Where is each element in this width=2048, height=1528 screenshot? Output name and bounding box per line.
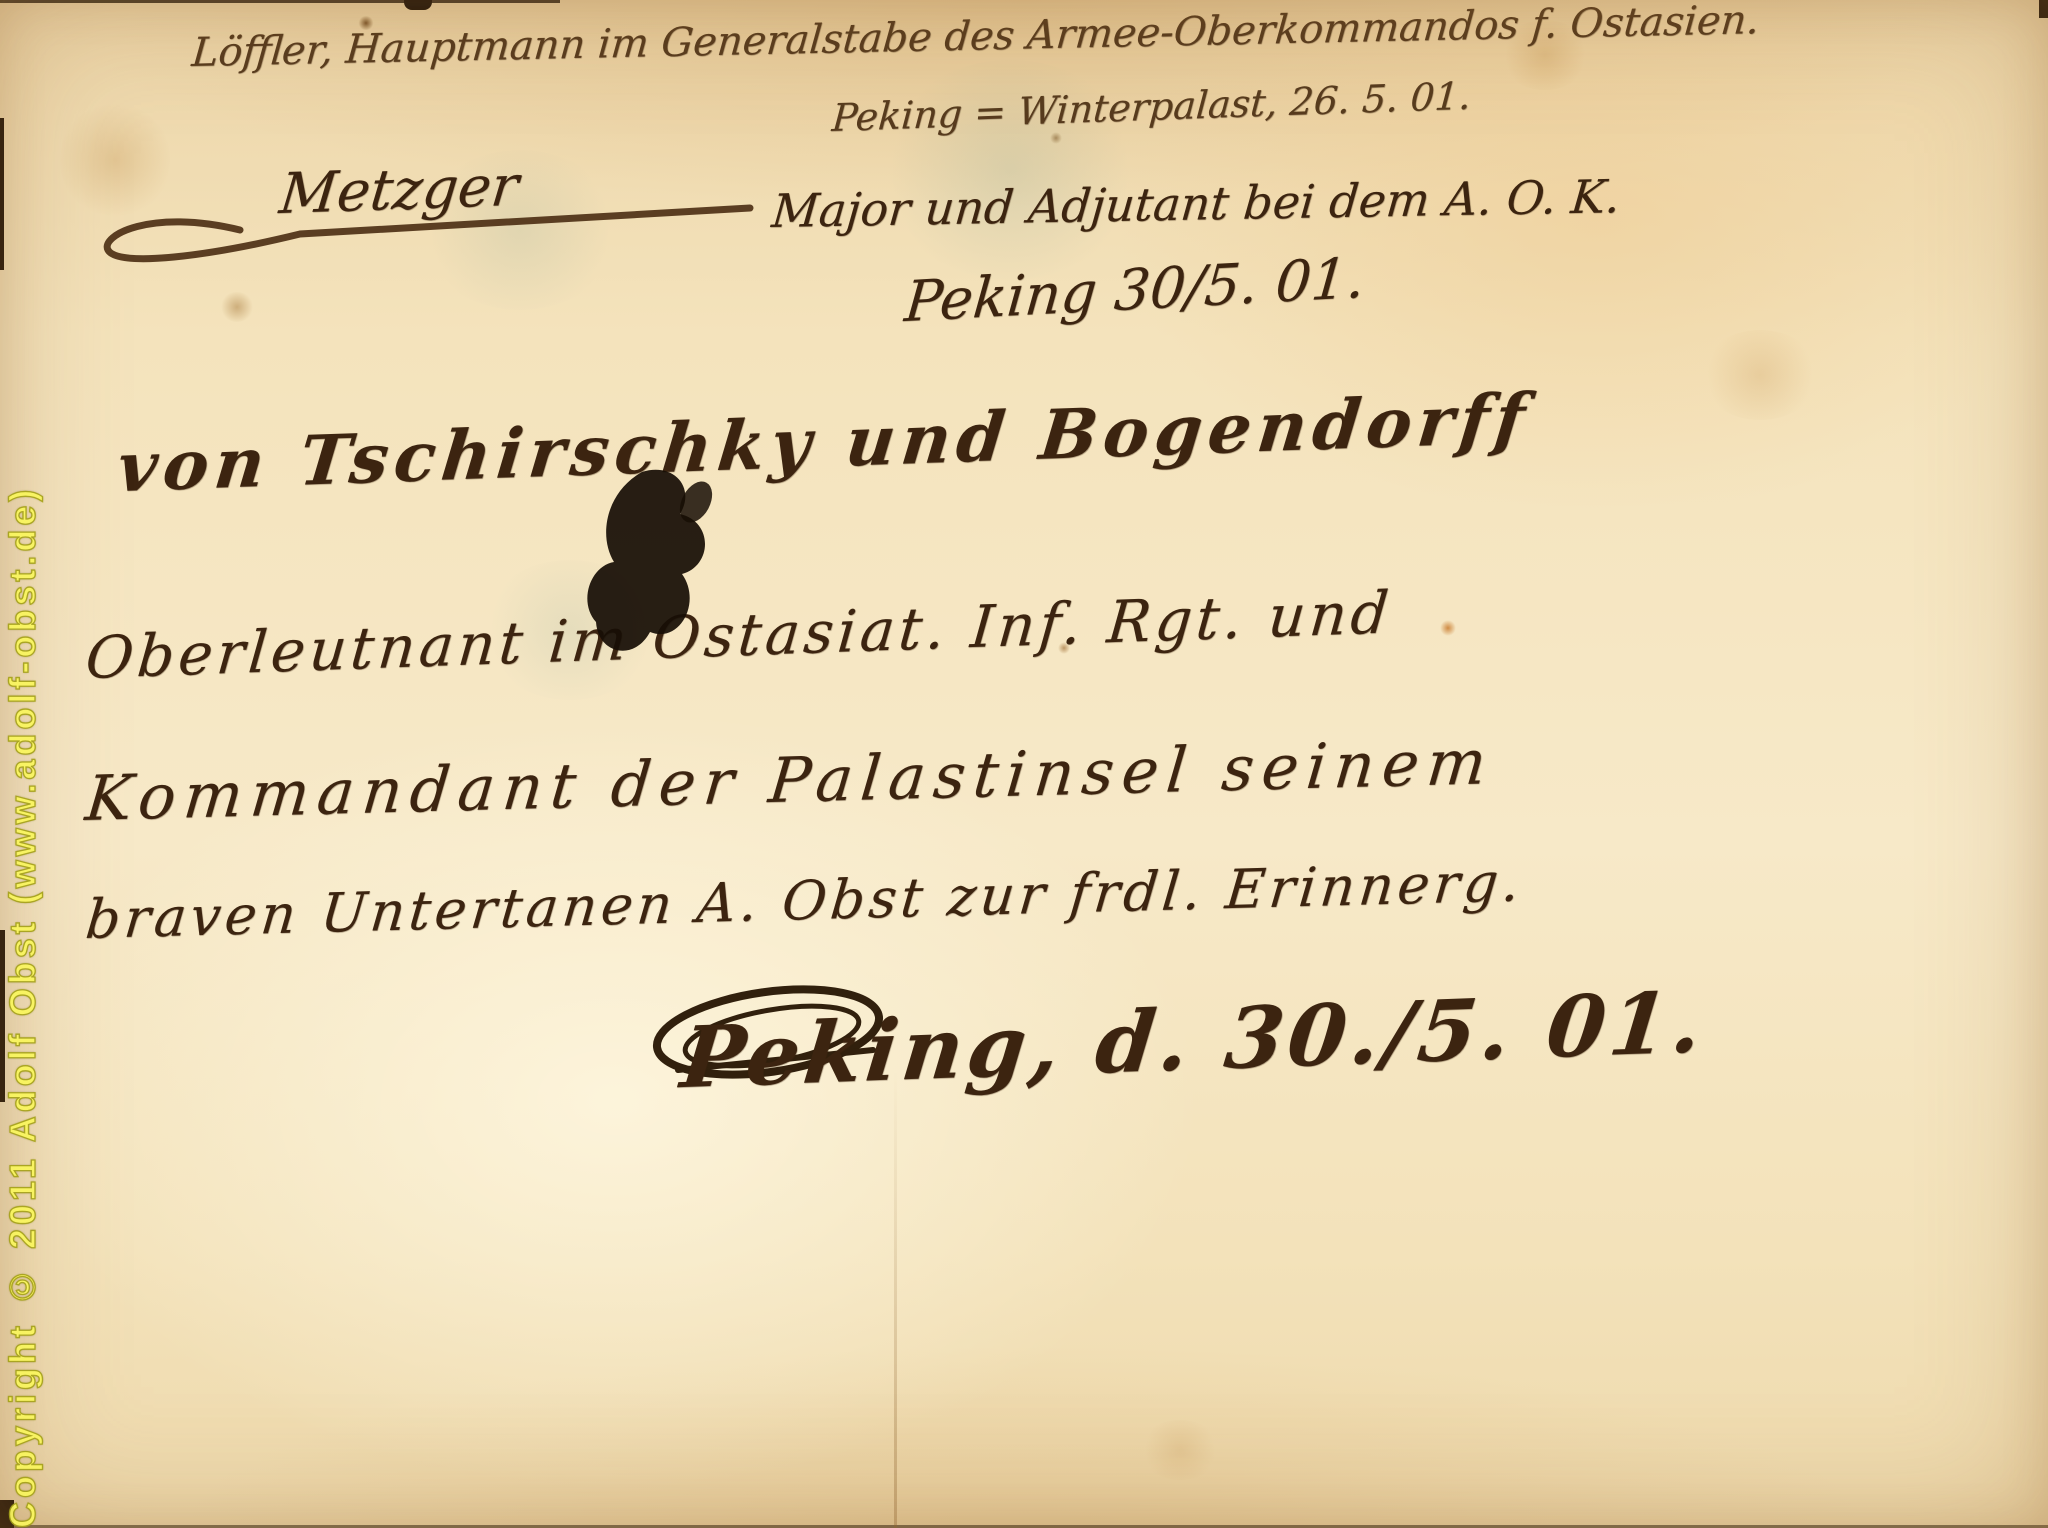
inscription-loeffler-dateline: Peking = Winterpalast, 26. 5. 01.	[830, 74, 1472, 140]
album-page-scan: Copyright © 2011 Adolf Obst (www.adolf-o…	[0, 0, 2048, 1528]
inscription-main-line3: Kommandant der Palastinsel seinem	[82, 725, 1497, 835]
inscription-main-line1: von Tschirschky und Bogendorff	[114, 379, 1535, 509]
inscription-main-dateline: Peking, d. 30./5. 01.	[677, 972, 1711, 1107]
paper-crease	[894, 1070, 897, 1528]
inscription-adjutant-signature: Metzger	[277, 154, 522, 228]
inscription-adjutant-title: Major und Adjutant bei dem A. O. K.	[770, 169, 1623, 238]
age-stain	[1700, 330, 1820, 420]
inscription-loeffler-line1: Löffler, Hauptmann im Generalstabe des A…	[190, 0, 1761, 76]
inscription-main-line2: Oberleutnant im Ostasiat. Inf. Rgt. und	[83, 578, 1395, 692]
scan-edge-right-notch	[2039, 0, 2048, 18]
age-stain	[1050, 132, 1062, 144]
age-stain	[1440, 620, 1456, 636]
age-stain	[60, 100, 170, 220]
age-stain	[220, 292, 254, 322]
inscription-main-line4: braven Untertanen A. Obst zur frdl. Erin…	[83, 850, 1526, 951]
inscription-adjutant-dateline: Peking 30/5. 01.	[902, 246, 1367, 335]
scan-edge-top-notch	[404, 0, 432, 10]
copyright-watermark: Copyright © 2011 Adolf Obst (www.adolf-o…	[2, 0, 44, 1528]
scan-edge-top	[0, 0, 560, 3]
age-stain	[1140, 1420, 1220, 1480]
